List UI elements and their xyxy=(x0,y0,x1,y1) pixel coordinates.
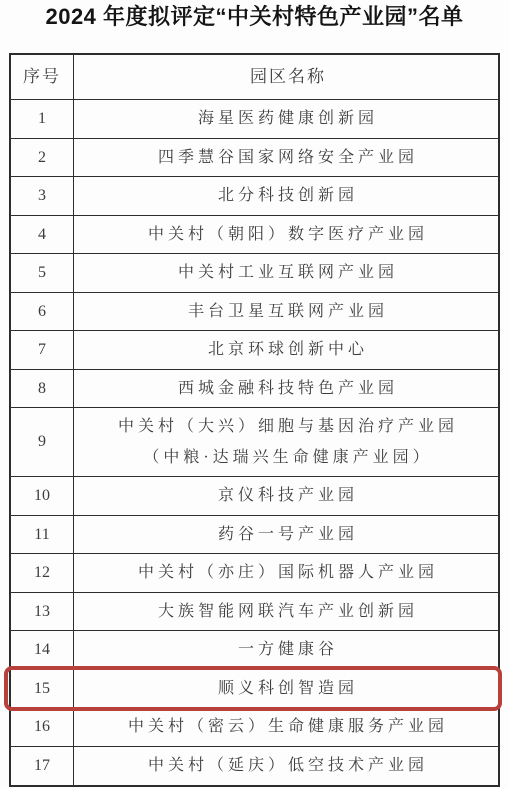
parks-table: 序号 园区名称 1 海星医药健康创新园 2 四季慧谷国家网络安全产业园 3 北分… xyxy=(9,53,500,787)
row-number: 13 xyxy=(11,593,74,631)
park-name: 中关村（朝阳）数字医疗产业园 xyxy=(74,216,498,254)
row-number: 17 xyxy=(11,747,74,786)
park-name-line1: 中关村（大兴）细胞与基因治疗产业园 xyxy=(118,417,458,436)
park-name: 中关村（密云）生命健康服务产业园 xyxy=(74,708,498,746)
header-cell-name: 园区名称 xyxy=(74,55,498,99)
table-row: 12 中关村（亦庄）国际机器人产业园 xyxy=(11,554,498,593)
table-row: 17 中关村（延庆）低空技术产业园 xyxy=(11,747,498,786)
row-number: 8 xyxy=(11,370,74,408)
row-number: 4 xyxy=(11,216,74,254)
table-row: 3 北分科技创新园 xyxy=(11,177,498,216)
park-name: 中关村（延庆）低空技术产业园 xyxy=(74,747,498,786)
table-row-highlighted: 15 顺义科创智造园 xyxy=(11,670,498,709)
park-name: 中关村工业互联网产业园 xyxy=(74,254,498,292)
park-name: 丰台卫星互联网产业园 xyxy=(74,293,498,331)
table-row: 1 海星医药健康创新园 xyxy=(11,100,498,139)
park-name: 顺义科创智造园 xyxy=(74,670,498,708)
header-cell-no: 序号 xyxy=(11,55,74,99)
table-row: 2 四季慧谷国家网络安全产业园 xyxy=(11,139,498,178)
park-name: 四季慧谷国家网络安全产业园 xyxy=(74,139,498,177)
page-title: 2024 年度拟评定“中关村特色产业园”名单 xyxy=(0,3,509,31)
park-name: 海星医药健康创新园 xyxy=(74,100,498,138)
row-number: 5 xyxy=(11,254,74,292)
table-header-row: 序号 园区名称 xyxy=(11,55,498,100)
row-number: 16 xyxy=(11,708,74,746)
table-row: 9 中关村（大兴）细胞与基因治疗产业园 （中粮·达瑞兴生命健康产业园） xyxy=(11,408,498,477)
table-row: 10 京仪科技产业园 xyxy=(11,477,498,516)
table-row: 13 大族智能网联汽车产业创新园 xyxy=(11,593,498,632)
park-name: 京仪科技产业园 xyxy=(74,477,498,515)
row-number: 2 xyxy=(11,139,74,177)
park-name: 西城金融科技特色产业园 xyxy=(74,370,498,408)
park-name: 中关村（大兴）细胞与基因治疗产业园 （中粮·达瑞兴生命健康产业园） xyxy=(74,408,498,476)
row-number: 6 xyxy=(11,293,74,331)
row-number: 10 xyxy=(11,477,74,515)
park-name: 一方健康谷 xyxy=(74,631,498,669)
row-number: 11 xyxy=(11,516,74,554)
park-name: 大族智能网联汽车产业创新园 xyxy=(74,593,498,631)
park-name: 中关村（亦庄）国际机器人产业园 xyxy=(74,554,498,592)
table-row: 11 药谷一号产业园 xyxy=(11,516,498,555)
document-page: 2024 年度拟评定“中关村特色产业园”名单 序号 园区名称 1 海星医药健康创… xyxy=(0,0,509,789)
table-row: 7 北京环球创新中心 xyxy=(11,331,498,370)
park-name: 北分科技创新园 xyxy=(74,177,498,215)
park-name: 药谷一号产业园 xyxy=(74,516,498,554)
row-number: 9 xyxy=(11,408,74,476)
table-row: 5 中关村工业互联网产业园 xyxy=(11,254,498,293)
row-number: 3 xyxy=(11,177,74,215)
row-number: 1 xyxy=(11,100,74,138)
table-row: 14 一方健康谷 xyxy=(11,631,498,670)
row-number: 14 xyxy=(11,631,74,669)
row-number: 15 xyxy=(11,670,74,708)
table-row: 8 西城金融科技特色产业园 xyxy=(11,370,498,409)
row-number: 7 xyxy=(11,331,74,369)
table-row: 16 中关村（密云）生命健康服务产业园 xyxy=(11,708,498,747)
table-row: 4 中关村（朝阳）数字医疗产业园 xyxy=(11,216,498,255)
row-number: 12 xyxy=(11,554,74,592)
park-name: 北京环球创新中心 xyxy=(74,331,498,369)
park-name-line2: （中粮·达瑞兴生命健康产业园） xyxy=(143,448,432,467)
table-row: 6 丰台卫星互联网产业园 xyxy=(11,293,498,332)
